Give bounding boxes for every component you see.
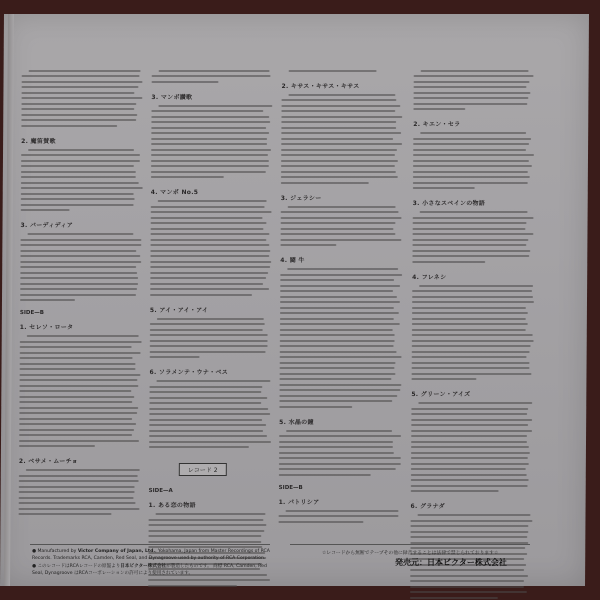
text-line — [151, 176, 224, 178]
paragraph — [412, 211, 534, 263]
text-line — [150, 334, 268, 336]
text-line — [286, 430, 391, 432]
text-line — [158, 200, 266, 202]
text-line — [151, 222, 267, 224]
paragraph — [411, 402, 534, 492]
text-line — [20, 261, 141, 263]
text-line — [286, 510, 398, 512]
text-line — [150, 351, 266, 353]
text-line — [21, 125, 117, 127]
text-line — [21, 193, 134, 195]
text-line — [151, 127, 266, 129]
text-line — [21, 204, 134, 206]
text-line — [19, 412, 137, 414]
text-line — [148, 541, 261, 543]
text-line — [411, 457, 528, 459]
text-line — [280, 356, 402, 358]
text-line — [412, 228, 525, 230]
text-line — [412, 351, 530, 353]
text-line — [19, 508, 140, 510]
track-heading: 5. 水晶の鐘 — [279, 417, 401, 426]
text-line — [289, 70, 377, 72]
paragraph — [151, 105, 274, 179]
text-line — [280, 239, 401, 241]
paragraph — [18, 469, 140, 515]
text-line — [19, 401, 132, 403]
text-line — [412, 340, 534, 342]
text-line — [22, 75, 140, 77]
text-line — [157, 318, 264, 320]
text-line — [19, 418, 132, 420]
track-heading: 3. マンボ讃歌 — [151, 92, 273, 101]
text-line — [410, 580, 524, 582]
track-heading: 4. マンボ No.5 — [151, 187, 273, 196]
text-line — [18, 513, 111, 515]
text-line — [19, 480, 139, 482]
text-line — [157, 380, 271, 382]
text-line — [21, 171, 136, 173]
text-line — [19, 475, 138, 477]
text-line — [20, 352, 141, 354]
text-line — [279, 384, 401, 386]
text-line — [419, 402, 532, 404]
text-line — [413, 138, 531, 140]
paragraph — [21, 149, 143, 212]
track-heading: 2. キサス・キサス・キサス — [281, 81, 403, 90]
paragraph — [279, 268, 402, 408]
text-line — [280, 351, 397, 353]
text-line — [279, 463, 401, 465]
text-line — [280, 244, 336, 246]
text-line — [412, 244, 526, 246]
track-heading: 5. グリーン・アイズ — [411, 389, 533, 398]
text-line — [149, 413, 270, 415]
paragraph — [19, 335, 142, 447]
text-line — [410, 597, 498, 599]
text-line — [414, 81, 530, 83]
text-line — [19, 486, 135, 488]
text-line — [412, 318, 526, 320]
text-line — [151, 138, 267, 140]
text-line — [410, 569, 524, 571]
text-line — [148, 524, 266, 526]
text-line — [281, 211, 399, 213]
text-line — [151, 116, 269, 118]
text-line — [412, 345, 531, 347]
text-line — [411, 430, 532, 432]
paragraph — [150, 318, 272, 359]
text-line — [412, 255, 529, 257]
text-line — [412, 250, 530, 252]
text-line — [412, 290, 532, 292]
text-line — [20, 288, 137, 290]
track-heading: 6. グラナダ — [411, 501, 533, 510]
text-line — [150, 255, 269, 257]
text-line — [150, 283, 263, 285]
text-line — [21, 176, 136, 178]
text-line — [151, 132, 269, 134]
text-line — [280, 296, 397, 298]
text-line — [410, 536, 527, 538]
text-line — [151, 143, 267, 145]
text-line — [149, 391, 261, 393]
text-line — [149, 441, 271, 443]
text-line — [280, 329, 393, 331]
text-line — [412, 362, 530, 364]
text-line — [150, 272, 268, 274]
text-line — [279, 435, 401, 437]
text-line — [151, 110, 263, 112]
text-line — [150, 244, 269, 246]
text-line — [21, 103, 136, 105]
text-line — [19, 502, 136, 504]
text-line — [19, 390, 131, 392]
text-line — [21, 86, 138, 88]
text-line — [410, 575, 528, 577]
text-line — [411, 435, 527, 437]
text-line — [281, 105, 400, 107]
column-4: 2. キエン・セラ3. 小さなスペインの物語4. フレネシ5. グリーン・アイズ… — [410, 66, 536, 600]
side-label: SIDE—A — [149, 488, 271, 494]
text-line — [412, 367, 530, 369]
liner-notes: 2. 魔笛賛歌3. バーディディアSIDE—B1. セレソ・ロータ2. ベサメ・… — [18, 66, 541, 516]
text-line — [280, 290, 393, 292]
text-line — [413, 182, 528, 184]
text-line — [411, 413, 527, 415]
track-heading: 1. パトリシア — [279, 497, 401, 506]
text-line — [411, 452, 530, 454]
text-line — [280, 318, 394, 320]
paragraph — [150, 200, 273, 296]
text-line — [20, 266, 136, 268]
track-heading: 5. アイ・アイ・アイ — [150, 305, 272, 314]
text-line — [19, 440, 139, 442]
text-line — [281, 149, 397, 151]
text-line — [418, 514, 531, 516]
text-line — [21, 154, 140, 156]
text-line — [280, 312, 399, 314]
text-line — [149, 419, 262, 421]
text-line — [151, 149, 271, 151]
text-line — [413, 160, 529, 162]
paragraph — [280, 206, 402, 247]
text-line — [21, 187, 143, 189]
text-line — [20, 283, 138, 285]
text-line — [289, 94, 396, 96]
text-line — [419, 285, 533, 287]
text-line — [411, 378, 476, 380]
text-line — [152, 75, 271, 77]
text-line — [151, 206, 265, 208]
text-line — [20, 363, 136, 365]
text-line — [21, 97, 142, 99]
record-label-box: レコード 2 — [179, 463, 227, 476]
text-line — [413, 103, 527, 105]
track-heading: 3. バーディディア — [20, 220, 142, 229]
text-line — [148, 530, 264, 532]
track-heading: 2. キエン・セラ — [413, 119, 535, 128]
text-line — [149, 402, 261, 404]
text-line — [288, 268, 399, 270]
text-line — [411, 441, 527, 443]
text-line — [20, 239, 141, 241]
paragraph — [413, 70, 535, 111]
text-line — [26, 469, 140, 471]
text-line — [152, 81, 219, 83]
text-line — [410, 591, 527, 593]
credits-japanese: ● このレコードはRCAレコードの原盤より日本ビクター株式会社が製造したものです… — [32, 563, 272, 578]
text-line — [412, 356, 527, 358]
text-line — [281, 99, 396, 101]
text-line — [21, 160, 140, 162]
track-heading: 2. 魔笛賛歌 — [21, 136, 143, 145]
text-line — [413, 92, 530, 94]
text-line — [148, 519, 263, 521]
text-line — [412, 233, 533, 235]
track-heading: 4. フレネシ — [412, 272, 534, 281]
text-line — [280, 233, 395, 235]
text-line — [20, 244, 141, 246]
text-line — [150, 294, 252, 296]
text-line — [19, 445, 95, 447]
text-line — [20, 272, 137, 274]
text-line — [21, 92, 134, 94]
text-line — [151, 217, 263, 219]
copy-prohibition-notice: ☆レコードから無断でテープその他に録音することは法律で禁じられております☆ — [322, 549, 532, 556]
text-line — [280, 340, 395, 342]
text-line — [151, 165, 269, 167]
text-line — [411, 446, 529, 448]
text-line — [413, 97, 528, 99]
text-line — [148, 535, 261, 537]
text-line — [19, 497, 134, 499]
text-line — [413, 149, 526, 151]
text-line — [410, 586, 524, 588]
text-line — [410, 525, 528, 527]
text-line — [281, 138, 393, 140]
text-line — [411, 485, 528, 487]
text-line — [279, 441, 393, 443]
text-line — [148, 585, 237, 587]
text-line — [413, 108, 465, 110]
text-line — [281, 176, 398, 178]
text-line — [150, 233, 269, 235]
text-line — [148, 579, 270, 581]
text-line — [150, 288, 269, 290]
text-line — [280, 323, 400, 325]
text-line — [413, 165, 532, 167]
text-line — [19, 385, 138, 387]
text-line — [288, 206, 395, 208]
text-line — [411, 490, 499, 492]
text-line — [150, 250, 270, 252]
text-line — [411, 468, 526, 470]
text-line — [281, 121, 396, 123]
text-line — [150, 345, 268, 347]
text-line — [280, 274, 402, 276]
text-line — [150, 356, 200, 358]
text-line — [19, 407, 138, 409]
text-line — [151, 121, 270, 123]
text-line — [413, 187, 475, 189]
text-line — [413, 154, 534, 156]
text-line — [22, 81, 143, 83]
text-line — [20, 294, 136, 296]
text-line — [281, 143, 402, 145]
text-line — [279, 373, 395, 375]
text-line — [413, 222, 527, 224]
text-line — [420, 211, 528, 213]
text-line — [411, 474, 527, 476]
text-line — [414, 75, 534, 77]
text-line — [20, 341, 142, 343]
text-line — [279, 389, 400, 391]
text-line — [19, 429, 134, 431]
text-line — [20, 255, 140, 257]
text-line — [279, 395, 397, 397]
text-line — [150, 261, 271, 263]
paragraph — [21, 70, 143, 127]
text-line — [411, 424, 528, 426]
paragraph — [149, 380, 271, 448]
credits-english: ● Manufactured by Victor Company of Japa… — [32, 548, 272, 563]
text-line — [281, 154, 395, 156]
text-line — [19, 374, 140, 376]
text-line — [28, 149, 134, 151]
text-line — [278, 521, 363, 523]
text-line — [413, 217, 534, 219]
text-line — [150, 329, 263, 331]
column-2: 3. マンボ讃歌4. マンボ No.55. アイ・アイ・アイ6. ソラメンテ・ウ… — [148, 66, 274, 596]
text-line — [20, 357, 133, 359]
text-line — [20, 250, 136, 252]
track-heading: 3. ジェラシー — [281, 193, 403, 202]
paragraph — [411, 285, 534, 381]
text-line — [21, 182, 139, 184]
text-line — [281, 165, 395, 167]
text-line — [149, 424, 266, 426]
column-3: 2. キサス・キサス・キサス3. ジェラシー4. 闘 牛5. 水晶の鐘SIDE—… — [278, 66, 403, 532]
track-heading: 3. 小さなスペインの物語 — [413, 198, 535, 207]
text-line — [19, 379, 137, 381]
text-line — [280, 334, 395, 336]
credits-divider-left — [30, 544, 270, 545]
side-label: SIDE—B — [279, 485, 401, 491]
text-line — [280, 228, 393, 230]
text-line — [281, 132, 401, 134]
text-line — [421, 70, 529, 72]
text-line — [149, 435, 267, 437]
text-line — [19, 396, 134, 398]
text-line — [410, 531, 528, 533]
text-line — [281, 217, 402, 219]
text-line — [279, 378, 391, 380]
text-line — [156, 513, 265, 515]
text-line — [151, 160, 269, 162]
text-line — [149, 397, 267, 399]
text-line — [20, 299, 75, 301]
text-line — [279, 446, 393, 448]
text-line — [411, 408, 528, 410]
text-line — [413, 171, 528, 173]
text-line — [412, 329, 526, 331]
text-line — [19, 491, 135, 493]
text-line — [412, 261, 485, 263]
text-line — [19, 423, 136, 425]
text-line — [281, 222, 396, 224]
text-line — [149, 446, 249, 448]
text-line — [151, 154, 268, 156]
track-heading: 6. ソラメンテ・ウナ・ベス — [149, 367, 271, 376]
text-line — [411, 419, 532, 421]
text-line — [413, 143, 529, 145]
text-line — [149, 386, 262, 388]
text-line — [411, 373, 531, 375]
text-line — [21, 165, 134, 167]
text-line — [280, 285, 400, 287]
paragraph — [413, 132, 535, 189]
text-line — [280, 362, 396, 364]
paragraph — [281, 94, 404, 184]
text-line — [150, 239, 266, 241]
text-line — [21, 209, 70, 211]
text-line — [280, 279, 394, 281]
text-line — [281, 182, 369, 184]
text-line — [28, 233, 134, 235]
text-line — [159, 105, 273, 107]
text-line — [412, 323, 528, 325]
publisher-label: 発売元：日本ビクター株式会社 — [395, 557, 507, 568]
text-line — [281, 171, 396, 173]
text-line — [149, 430, 263, 432]
text-line — [281, 160, 398, 162]
text-line — [29, 70, 141, 72]
manufacturing-credits: ● Manufactured by Victor Company of Japa… — [32, 548, 272, 578]
text-line — [150, 340, 268, 342]
text-line — [279, 474, 371, 476]
text-line — [280, 301, 400, 303]
track-heading: 1. ある恋の物語 — [149, 500, 271, 509]
text-line — [279, 468, 396, 470]
text-line — [150, 228, 263, 230]
text-line — [412, 334, 533, 336]
text-line — [280, 367, 395, 369]
paragraph — [152, 70, 274, 83]
text-line — [412, 239, 528, 241]
text-line — [150, 323, 265, 325]
text-line — [412, 301, 534, 303]
paragraph — [279, 430, 401, 476]
text-line — [412, 296, 533, 298]
text-line — [150, 277, 266, 279]
text-line — [412, 307, 526, 309]
text-line — [280, 345, 394, 347]
text-line — [410, 520, 532, 522]
text-line — [27, 335, 138, 337]
text-line — [413, 176, 530, 178]
text-line — [279, 406, 352, 408]
paragraph — [282, 70, 404, 72]
side-label: SIDE—B — [20, 310, 142, 316]
text-line — [411, 479, 529, 481]
text-line — [279, 400, 392, 402]
text-line — [20, 277, 138, 279]
text-line — [21, 114, 137, 116]
text-line — [281, 110, 395, 112]
record-sleeve: 2. 魔笛賛歌3. バーディディアSIDE—B1. セレソ・ロータ2. ベサメ・… — [0, 14, 589, 586]
credits-divider-right — [290, 544, 530, 545]
track-heading: 4. 闘 牛 — [280, 255, 402, 264]
